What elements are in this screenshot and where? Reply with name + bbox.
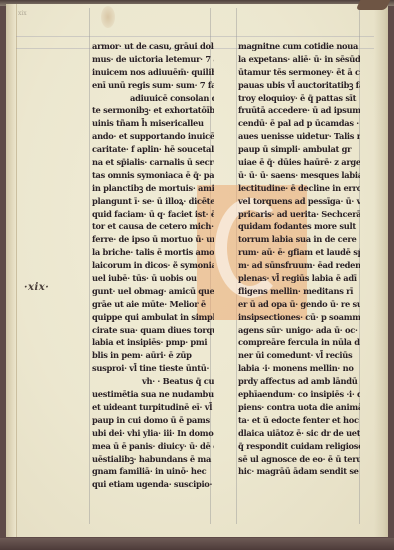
- manuscript-line: paup ū simpli· ambulat gr: [238, 143, 360, 156]
- manuscript-line: plangunt ī· se· ū illoꝝ· dicētes: [92, 195, 214, 208]
- manuscript-line: enī unū regis sum· sum· 7 fatēs: [92, 79, 214, 92]
- margin-numeral: ·xix·: [24, 282, 49, 293]
- manuscript-line: te sermonibꝫ· et exhortatōībꝫ· di: [92, 104, 214, 117]
- manuscript-line: cirate sua· quam diues torquens: [92, 324, 214, 337]
- manuscript-line: prdy affectus ad amb lāndū ·i·: [238, 375, 360, 388]
- manuscript-line: uinis tñam h̄ misericalleu: [92, 117, 214, 130]
- manuscript-line: m· ad sūnsfruum· ēad redens: [238, 259, 360, 272]
- manuscript-line: q̄ respondit cuidam religioso·: [238, 440, 360, 453]
- manuscript-line: compreāre fercula in nūla dū: [238, 336, 360, 349]
- manuscript-line: inuicem nos adiuuēm̄· quilibet: [92, 66, 214, 79]
- manuscript-line: ephīaendum· co insipiēs ·i· dēs: [238, 388, 360, 401]
- ruling-line-vertical: [89, 8, 90, 524]
- manuscript-line: uestimētia sua ne nudambule: [92, 388, 214, 401]
- manuscript-line: pauas ubis vl̄ auctoritatibꝫ fa: [238, 79, 360, 92]
- manuscript-line: vel torquens ad pessīga· ū· vxy: [238, 195, 360, 208]
- manuscript-line: er ū ad opa ū· gendo ū· re sui: [238, 298, 360, 311]
- manuscript-line: ū· ū· ū· saens· mesques labia sua: [238, 169, 360, 182]
- manuscript-line: labia ·i· monens mellin· no: [238, 362, 360, 375]
- manuscript-line: ta· et ū edocte fenter et hoc equu: [238, 414, 360, 427]
- manuscript-line: na et sp̄ialis· carnalis ū secre: [92, 156, 214, 169]
- manuscript-line: et uideant turpitudinē eī· vl̄: [92, 401, 214, 414]
- manuscript-line: quidam fodantes more sult: [238, 220, 360, 233]
- manuscript-line: uiae ē q̄· dūies haūrē· z argen: [238, 156, 360, 169]
- manuscript-line: cendū· ē pal ad p ūcamdas ·: [238, 117, 360, 130]
- manuscript-line: la expetans· aliē· ū· in sēsūdū: [238, 53, 360, 66]
- manuscript-line: uēstialibꝫ· habundans ē ma: [92, 453, 214, 466]
- manuscript-line: tas omnis symoniaca ē q̄· patet: [92, 169, 214, 182]
- manuscript-line: tor et causa de cetero mich· con: [92, 220, 214, 233]
- manuscript-line: insipsectiones· cū· p soamma· qd: [238, 311, 360, 324]
- manuscript-line: mea ū ē panis· diuicy· ū· dē ē 7: [92, 440, 214, 453]
- manuscript-line: quid faciam· ū q· faciet ist· ēē: [92, 208, 214, 221]
- manuscript-line: grāe ut aie mūte· Melior ē: [92, 298, 214, 311]
- manuscript-line: dlaica uiātoz ē· sic dr de uetula: [238, 427, 360, 440]
- manuscript-line: vh· · Beatus q̄ custodit: [92, 375, 214, 388]
- manuscript-line: la briche· talis ē mortis amor ·i·: [92, 246, 214, 259]
- manuscript-line: ubi dei· vhi ylia· iii· In domo ī: [92, 427, 214, 440]
- manuscript-line: ferre· de ipso ū mortuo ū· unigo: [92, 233, 214, 246]
- manuscript-line: armor· ut de casu, grāui dolea: [92, 40, 214, 53]
- manuscript-line: aues uenisse uidetur· Talis m: [238, 130, 360, 143]
- manuscript-line: mus· de uictoria letemur· 7 ad: [92, 53, 214, 66]
- manuscript-line: piens· contra uota die animā: [238, 401, 360, 414]
- page-fold-shadow: [374, 4, 388, 537]
- manuscript-line: troy eloquioy· ē q̄ pattas sīt: [238, 92, 360, 105]
- manuscript-line: rum· aū· ē· gfiam et laudē sp̄iū: [238, 246, 360, 259]
- text-column-left: armor· ut de casu, grāui doleamus· de ui…: [92, 40, 214, 491]
- manuscript-line: gnam familiā· in uinō· hec: [92, 465, 214, 478]
- manuscript-line: adiuuicē consolan do·: [92, 92, 214, 105]
- manuscript-line: magnitne cum cotidie noua fīu: [238, 40, 360, 53]
- manuscript-line: ner ūi comedunt· vl̄ reciūs: [238, 349, 360, 362]
- manuscript-line: caritate· f aplin· hē soucetal ra: [92, 143, 214, 156]
- manuscript-line: torrum labia sua in de cere: [238, 233, 360, 246]
- manuscript-line: gunt· uel obmag· amicū que: [92, 285, 214, 298]
- manuscript-line: sē ul agnosce de eo· ē ū teru dūi: [238, 453, 360, 466]
- manuscript-line: agens sūr· unigo· ada ū· oc· cr: [238, 324, 360, 337]
- manuscript-line: quippe qui ambulat in simpli: [92, 311, 214, 324]
- manuscript-line: lectitudine· ē decline in errore·: [238, 182, 360, 195]
- water-stain: [101, 6, 115, 28]
- ruling-line-horizontal: [16, 36, 374, 37]
- manuscript-line: qui etiam ugenda· suscipio·: [92, 478, 214, 491]
- binding-bottom-edge: [0, 538, 394, 550]
- manuscript-line: uel iubē· tūs· ū uobis ou: [92, 272, 214, 285]
- binding-corner-tab: [356, 0, 391, 10]
- manuscript-line: laicorum in dicos· ẽ symoniac: [92, 259, 214, 272]
- manuscript-line: susproi· vl̄ tine tieste ūntū·: [92, 362, 214, 375]
- manuscript-line: in planctibꝫ de mortuis· amicī: [92, 182, 214, 195]
- manuscript-line: hic· magrāū ādam sendit se: [238, 465, 360, 478]
- page-gutter: [6, 4, 17, 537]
- manuscript-line: pricaris· ad uerita· Sechcerā: [238, 208, 360, 221]
- text-column-right: magnitne cum cotidie noua fīula expetans…: [238, 40, 360, 478]
- manuscript-line: fligens mellin· meditans rī: [238, 285, 360, 298]
- manuscript-line: fruūtā accedere· ū ad ipsum pal: [238, 104, 360, 117]
- manuscript-line: plenas· vl̄ regiūs labia ē adī: [238, 272, 360, 285]
- manuscript-line: ūtamur tēs sermoney· ēt ā cū: [238, 66, 360, 79]
- manuscript-line: ando· et supportando inuicē i: [92, 130, 214, 143]
- manuscript-line: blis in pem· aūri· ē zūp: [92, 349, 214, 362]
- manuscript-line: labia et insipiēs· pmp· pmi: [92, 336, 214, 349]
- manuscript-line: paup in cui domo ū ē pams: [92, 414, 214, 427]
- folio-mark: xix: [18, 10, 27, 17]
